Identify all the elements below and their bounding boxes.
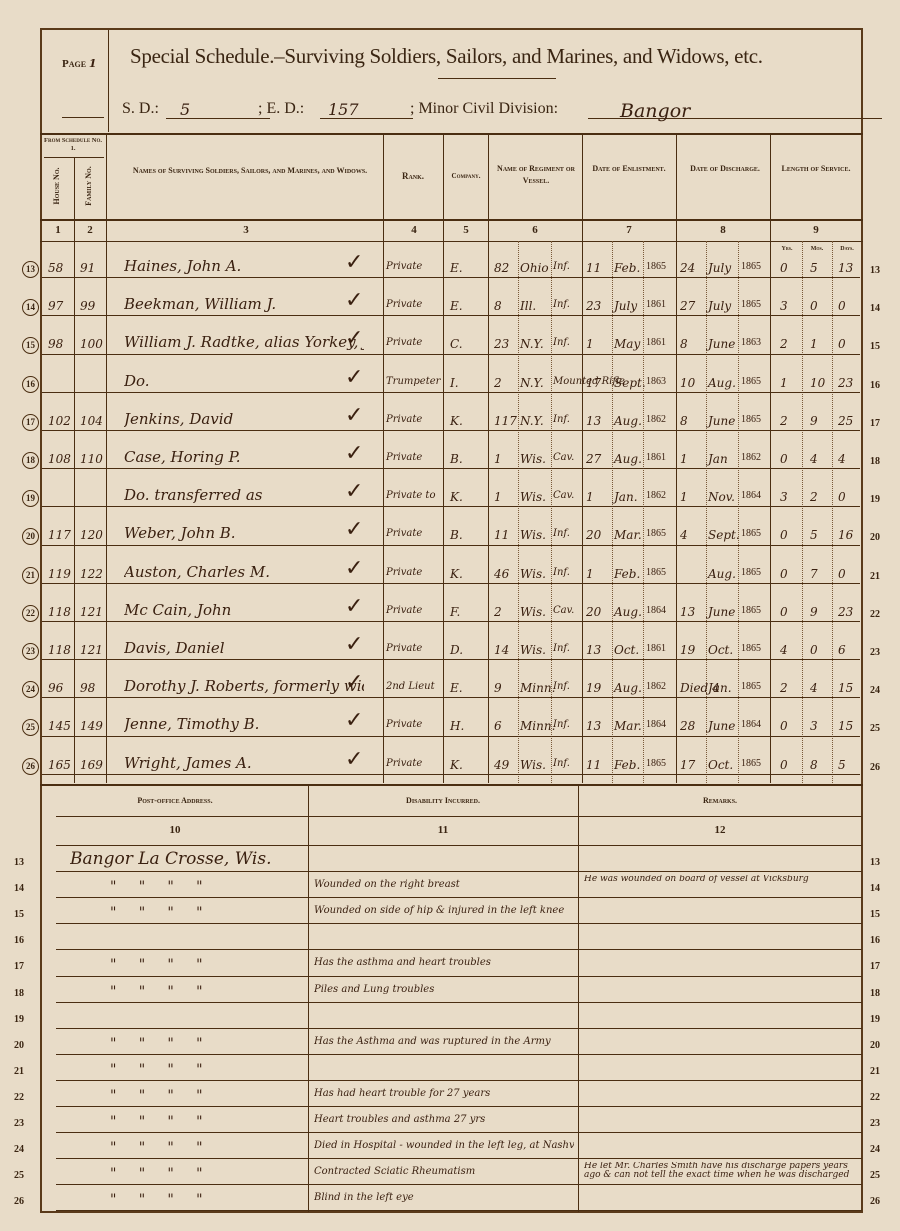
soldier-name: Jenne, Timothy B. [124,715,259,733]
regiment-state: Wis. [520,605,546,619]
mos-header: Mos. [802,243,832,255]
service-days: 4 [838,452,846,466]
family-no: 99 [80,299,95,313]
col-num: 1 [44,224,72,236]
days-header: Days. [832,243,862,255]
post-office-address: " " " " [110,879,203,895]
company: K. [450,414,463,428]
service-years: 1 [780,376,788,390]
right-line-number: 22 [870,1092,880,1103]
house-no: 118 [48,643,71,657]
company: K. [450,567,463,581]
post-office-address: Bangor La Crosse, Wis. [70,849,271,869]
service-days: 0 [838,567,846,581]
enlistment-day: 20 [586,528,601,542]
line-number: 20 [870,532,880,543]
regiment-number: 1 [494,452,502,466]
enlistment-month: Aug. [614,681,642,695]
line-number-circled: 19 [22,490,39,507]
line-number-circled: 16 [22,376,39,393]
enlistment-day: 1 [586,337,594,351]
divider [108,30,109,132]
row-line [56,1132,862,1133]
enlistment-month: Jan. [614,490,638,504]
disability-header: Disability Incurred. [310,795,576,807]
enlistment-day: 13 [586,719,601,733]
line-number: 18 [870,456,880,467]
soldier-name: Do. [124,372,150,390]
family-no: 100 [80,337,103,351]
rank: Private [386,299,422,310]
rank: Private [386,719,422,730]
soldier-name: Beekman, William J. [124,295,276,313]
discharge-month: July [708,299,731,313]
row-line [42,545,860,546]
regiment-type: Inf. [553,337,570,348]
company: C. [450,337,463,351]
post-office-address: " " " " [110,1140,203,1156]
regiment-state: Wis. [520,643,546,657]
post-office-address: " " " " [110,1062,203,1078]
enlistment-year: 1864 [646,605,666,616]
discharge-year: 1863 [741,337,761,348]
service-years: 0 [780,605,788,619]
col-num: 4 [384,224,444,236]
regiment-number: 14 [494,643,509,657]
sd-field[interactable]: 5 [166,100,270,119]
regiment-state: Minn. [520,719,555,733]
service-days: 16 [838,528,853,542]
checkmark-icon: ✓ [345,478,363,504]
service-months: 9 [810,414,818,428]
enlistment-day: 11 [586,261,601,275]
checkmark-icon: ✓ [345,669,363,695]
grid-line [676,133,677,783]
service-months: 4 [810,452,818,466]
right-line-number: 23 [870,1118,880,1129]
left-line-number: 26 [14,1196,24,1207]
regiment-state: N.Y. [520,376,544,390]
discharge-year: 1865 [741,605,761,616]
service-header: Length of Service. [774,163,858,175]
enlistment-year: 1863 [646,376,666,387]
left-line-number: 17 [14,961,24,972]
right-line-number: 15 [870,909,880,920]
house-no-header: House No. [51,161,63,211]
line-number: 23 [870,647,880,658]
discharge-day: 8 [680,414,688,428]
regiment-state: Wis. [520,490,546,504]
remarks: He was wounded on board of vessel at Vic… [584,875,809,884]
row-line [42,468,860,469]
service-months: 10 [810,376,825,390]
service-months: 1 [810,337,818,351]
soldier-name: Weber, John B. [124,524,236,542]
soldier-name: Mc Cain, John [124,601,231,619]
service-years: 0 [780,719,788,733]
row-line [42,697,860,698]
right-line-number: 19 [870,1014,880,1025]
divider [40,133,863,135]
service-months: 3 [810,719,818,733]
checkmark-icon: ✓ [345,402,363,428]
discharge-year: 1865 [741,528,761,539]
post-office-address: " " " " [110,1088,203,1104]
names-header: Names of Surviving Soldiers, Sailors, an… [120,165,380,177]
family-no: 98 [80,681,95,695]
soldier-name: Case, Horing P. [124,448,240,466]
service-months: 5 [810,261,818,275]
enlistment-year: 1862 [646,414,666,425]
col-num: 2 [76,224,104,236]
post-office-address: " " " " [110,905,203,921]
checkmark-icon: ✓ [345,440,363,466]
row-line [56,1184,862,1185]
grid-line [383,133,384,783]
right-line-number: 25 [870,1170,880,1181]
grid-line [74,157,75,783]
col-num: 10 [44,824,306,836]
discharge-month: June [708,337,735,351]
enlistment-month: July [614,299,637,313]
regiment-type: Inf. [553,567,570,578]
grid-dotted [706,241,707,783]
checkmark-icon: ✓ [345,249,363,275]
row-line [42,392,860,393]
service-years: 0 [780,567,788,581]
rank: Private [386,758,422,769]
discharge-day: 1 [680,452,688,466]
service-months: 5 [810,528,818,542]
soldier-name: Do. transferred as [124,486,263,504]
page-title: Special Schedule.–Surviving Soldiers, Sa… [130,44,763,69]
regiment-number: 11 [494,528,509,542]
discharge-year: 1865 [741,758,761,769]
line-number-circled: 21 [22,567,39,584]
service-days: 5 [838,758,846,772]
family-no: 121 [80,605,103,619]
row-line [56,1158,862,1159]
left-line-number: 23 [14,1118,24,1129]
yrs-header: Yrs. [772,243,802,255]
service-years: 0 [780,452,788,466]
family-no: 104 [80,414,103,428]
soldier-name: Jenkins, David [124,410,233,428]
right-line-number: 21 [870,1066,880,1077]
enlistment-day: 17 [586,376,601,390]
left-line-number: 15 [14,909,24,920]
enlistment-day: 27 [586,452,601,466]
left-line-number: 16 [14,935,24,946]
discharge-year: 1864 [741,490,761,501]
grid-line [106,133,107,783]
regiment-number: 82 [494,261,509,275]
grid-dotted [518,241,519,783]
discharge-month: July [708,261,731,275]
service-years: 4 [780,643,788,657]
left-line-number: 21 [14,1066,24,1077]
disability-incurred: Has had heart trouble for 27 years [314,1088,490,1099]
checkmark-icon: ✓ [345,287,363,313]
row-line [42,621,860,622]
house-no: 96 [48,681,63,695]
service-months: 4 [810,681,818,695]
line-number-circled: 23 [22,643,39,660]
family-no: 149 [80,719,103,733]
regiment-number: 8 [494,299,502,313]
discharge-day: 4 [680,528,688,542]
service-years: 0 [780,261,788,275]
post-office-address: " " " " [110,1192,203,1208]
disability-incurred: Has the Asthma and was ruptured in the A… [314,1036,551,1047]
line-number-circled: 15 [22,337,39,354]
regiment-type: Cav. [553,490,574,501]
service-months: 0 [810,299,818,313]
post-office-address: " " " " [110,984,203,1000]
rank: Private [386,643,422,654]
service-months: 0 [810,643,818,657]
service-years: 2 [780,681,788,695]
disability-incurred: Piles and Lung troubles [314,984,434,995]
left-line-number: 19 [14,1014,24,1025]
discharge-month: Aug. [708,376,736,390]
row-line [56,897,862,898]
line-number-circled: 24 [22,681,39,698]
regiment-state: N.Y. [520,337,544,351]
checkmark-icon: ✓ [345,707,363,733]
service-months: 9 [810,605,818,619]
ed-label: ; E. D.: [258,100,304,118]
family-no-header: Family No. [83,161,95,211]
right-line-number: 13 [870,857,880,868]
mcd-label: ; Minor Civil Division: [410,100,558,118]
regiment-state: Minn. [520,681,555,695]
service-years: 0 [780,528,788,542]
line-number: 24 [870,685,880,696]
discharge-year: 1865 [741,376,761,387]
row-line [42,277,860,278]
enlistment-month: May [614,337,640,351]
right-line-number: 17 [870,961,880,972]
row-line [42,774,860,775]
line-number: 25 [870,723,880,734]
line-number: 19 [870,494,880,505]
right-line-number: 16 [870,935,880,946]
regiment-state: Wis. [520,452,546,466]
checkmark-icon: ✓ [345,593,363,619]
discharge-day: 28 [680,719,695,733]
row-line [56,1106,862,1107]
enlistment-year: 1865 [646,261,666,272]
regiment-type: Inf. [553,719,570,730]
regiment-type: Inf. [553,261,570,272]
line-number-circled: 17 [22,414,39,431]
enlistment-day: 1 [586,490,594,504]
company: E. [450,681,463,695]
regiment-state: Ohio [520,261,549,275]
row-line [56,923,862,924]
enlistment-year: 1865 [646,567,666,578]
enlistment-month: Aug. [614,605,642,619]
service-days: 0 [838,337,846,351]
house-no: 165 [48,758,71,772]
house-no: 58 [48,261,63,275]
enlistment-day: 11 [586,758,601,772]
row-line [42,736,860,737]
grid-line [488,133,489,783]
line-number: 17 [870,418,880,429]
service-months: 2 [810,490,818,504]
checkmark-icon: ✓ [345,746,363,772]
disability-incurred: Has the asthma and heart troubles [314,957,491,968]
service-years: 0 [780,758,788,772]
row-line [42,506,860,507]
discharge-day: 27 [680,299,695,313]
enlistment-month: Aug. [614,452,642,466]
ed-field[interactable]: 157 [320,100,413,119]
house-no: 98 [48,337,63,351]
enlistment-year: 1864 [646,719,666,730]
house-no: 119 [48,567,71,581]
company: K. [450,758,463,772]
family-no: 120 [80,528,103,542]
col-num: 6 [488,224,582,236]
discharge-month: June [708,414,735,428]
line-number-circled: 14 [22,299,39,316]
grid-dotted [643,241,644,783]
line-number-circled: 26 [22,758,39,775]
enlistment-day: 1 [586,567,594,581]
line-number-circled: 18 [22,452,39,469]
grid-dotted [551,241,552,783]
enlistment-year: 1861 [646,452,666,463]
grid-line [443,133,444,783]
service-days: 15 [838,681,853,695]
enlistment-year: 1862 [646,490,666,501]
grid-dotted [738,241,739,783]
sd-label: S. D.: [122,100,159,118]
discharge-day: 13 [680,605,695,619]
left-line-number: 20 [14,1040,24,1051]
page-label: Page 1 [62,57,96,70]
service-days: 25 [838,414,853,428]
line-number: 26 [870,762,880,773]
family-no: 122 [80,567,103,581]
family-no: 91 [80,261,95,275]
right-line-number: 18 [870,988,880,999]
enlistment-month: Mar. [614,719,642,733]
rank: Private to [386,490,435,501]
line-number: 13 [870,265,880,276]
service-years: 3 [780,490,788,504]
post-office-address: " " " " [110,1036,203,1052]
row-line [42,315,860,316]
enlistment-year: 1861 [646,299,666,310]
house-no: 145 [48,719,71,733]
row-line [56,871,862,872]
rank: Private [386,337,422,348]
family-no: 110 [80,452,103,466]
post-office-address: " " " " [110,1114,203,1130]
row-line [56,1054,862,1055]
checkmark-icon: ✓ [345,631,363,657]
discharge-month: Jan. [708,681,732,695]
line-number-circled: 25 [22,719,39,736]
company: E. [450,261,463,275]
row-line [42,430,860,431]
regiment-state: Wis. [520,567,546,581]
grid-line [308,784,309,1212]
col-num: 9 [770,224,862,236]
rank: Trumpeter [386,376,440,387]
company: F. [450,605,460,619]
divider [56,816,862,817]
minor-civil-division-field[interactable]: Bangor [588,100,882,119]
enlistment-day: 19 [586,681,601,695]
disability-incurred: Contracted Sciatic Rheumatism [314,1166,475,1177]
company: K. [450,490,463,504]
left-line-number: 24 [14,1144,24,1155]
divider [62,117,104,118]
row-line [42,583,860,584]
regiment-state: Wis. [520,758,546,772]
house-no: 102 [48,414,71,428]
regiment-state: Ill. [520,299,536,313]
discharge-month: Jan [708,452,728,466]
right-line-number: 26 [870,1196,880,1207]
discharge-year: 1865 [741,567,761,578]
enlistment-day: 20 [586,605,601,619]
soldier-name: Davis, Daniel [124,639,225,657]
left-line-number: 25 [14,1170,24,1181]
row-line [56,976,862,977]
checkmark-icon: ✓ [345,364,363,390]
regiment-header: Name of Regiment or Vessel. [490,163,582,187]
row-line [42,354,860,355]
disability-incurred: Heart troubles and asthma 27 yrs [314,1114,485,1125]
checkmark-icon: ✓ [345,516,363,542]
company: B. [450,528,463,542]
service-years: 2 [780,337,788,351]
disability-incurred: Wounded on the right breast [314,879,460,890]
checkmark-icon: ✓ [345,325,363,351]
divider [40,241,863,242]
enlistment-month: Feb. [614,567,640,581]
service-days: 13 [838,261,853,275]
service-months: 7 [810,567,818,581]
rank: Private [386,605,422,616]
divider [40,219,863,221]
checkmark-icon: ✓ [345,555,363,581]
regiment-type: Inf. [553,299,570,310]
left-line-number: 14 [14,883,24,894]
rank: Private [386,528,422,539]
service-days: 6 [838,643,846,657]
enlistment-month: Feb. [614,261,640,275]
regiment-number: 46 [494,567,509,581]
rank: 2nd Lieut [386,681,435,692]
from-schedule-header: From Schedule No. 1. [42,137,104,153]
regiment-number: 49 [494,758,509,772]
rank: Private [386,567,422,578]
discharge-year: 1865 [741,681,761,692]
row-line [42,659,860,660]
company-header: Company. [444,170,488,182]
line-number-circled: 13 [22,261,39,278]
rank: Private [386,261,422,272]
soldier-name: Haines, John A. [124,257,241,275]
remarks-header: Remarks. [580,795,860,807]
